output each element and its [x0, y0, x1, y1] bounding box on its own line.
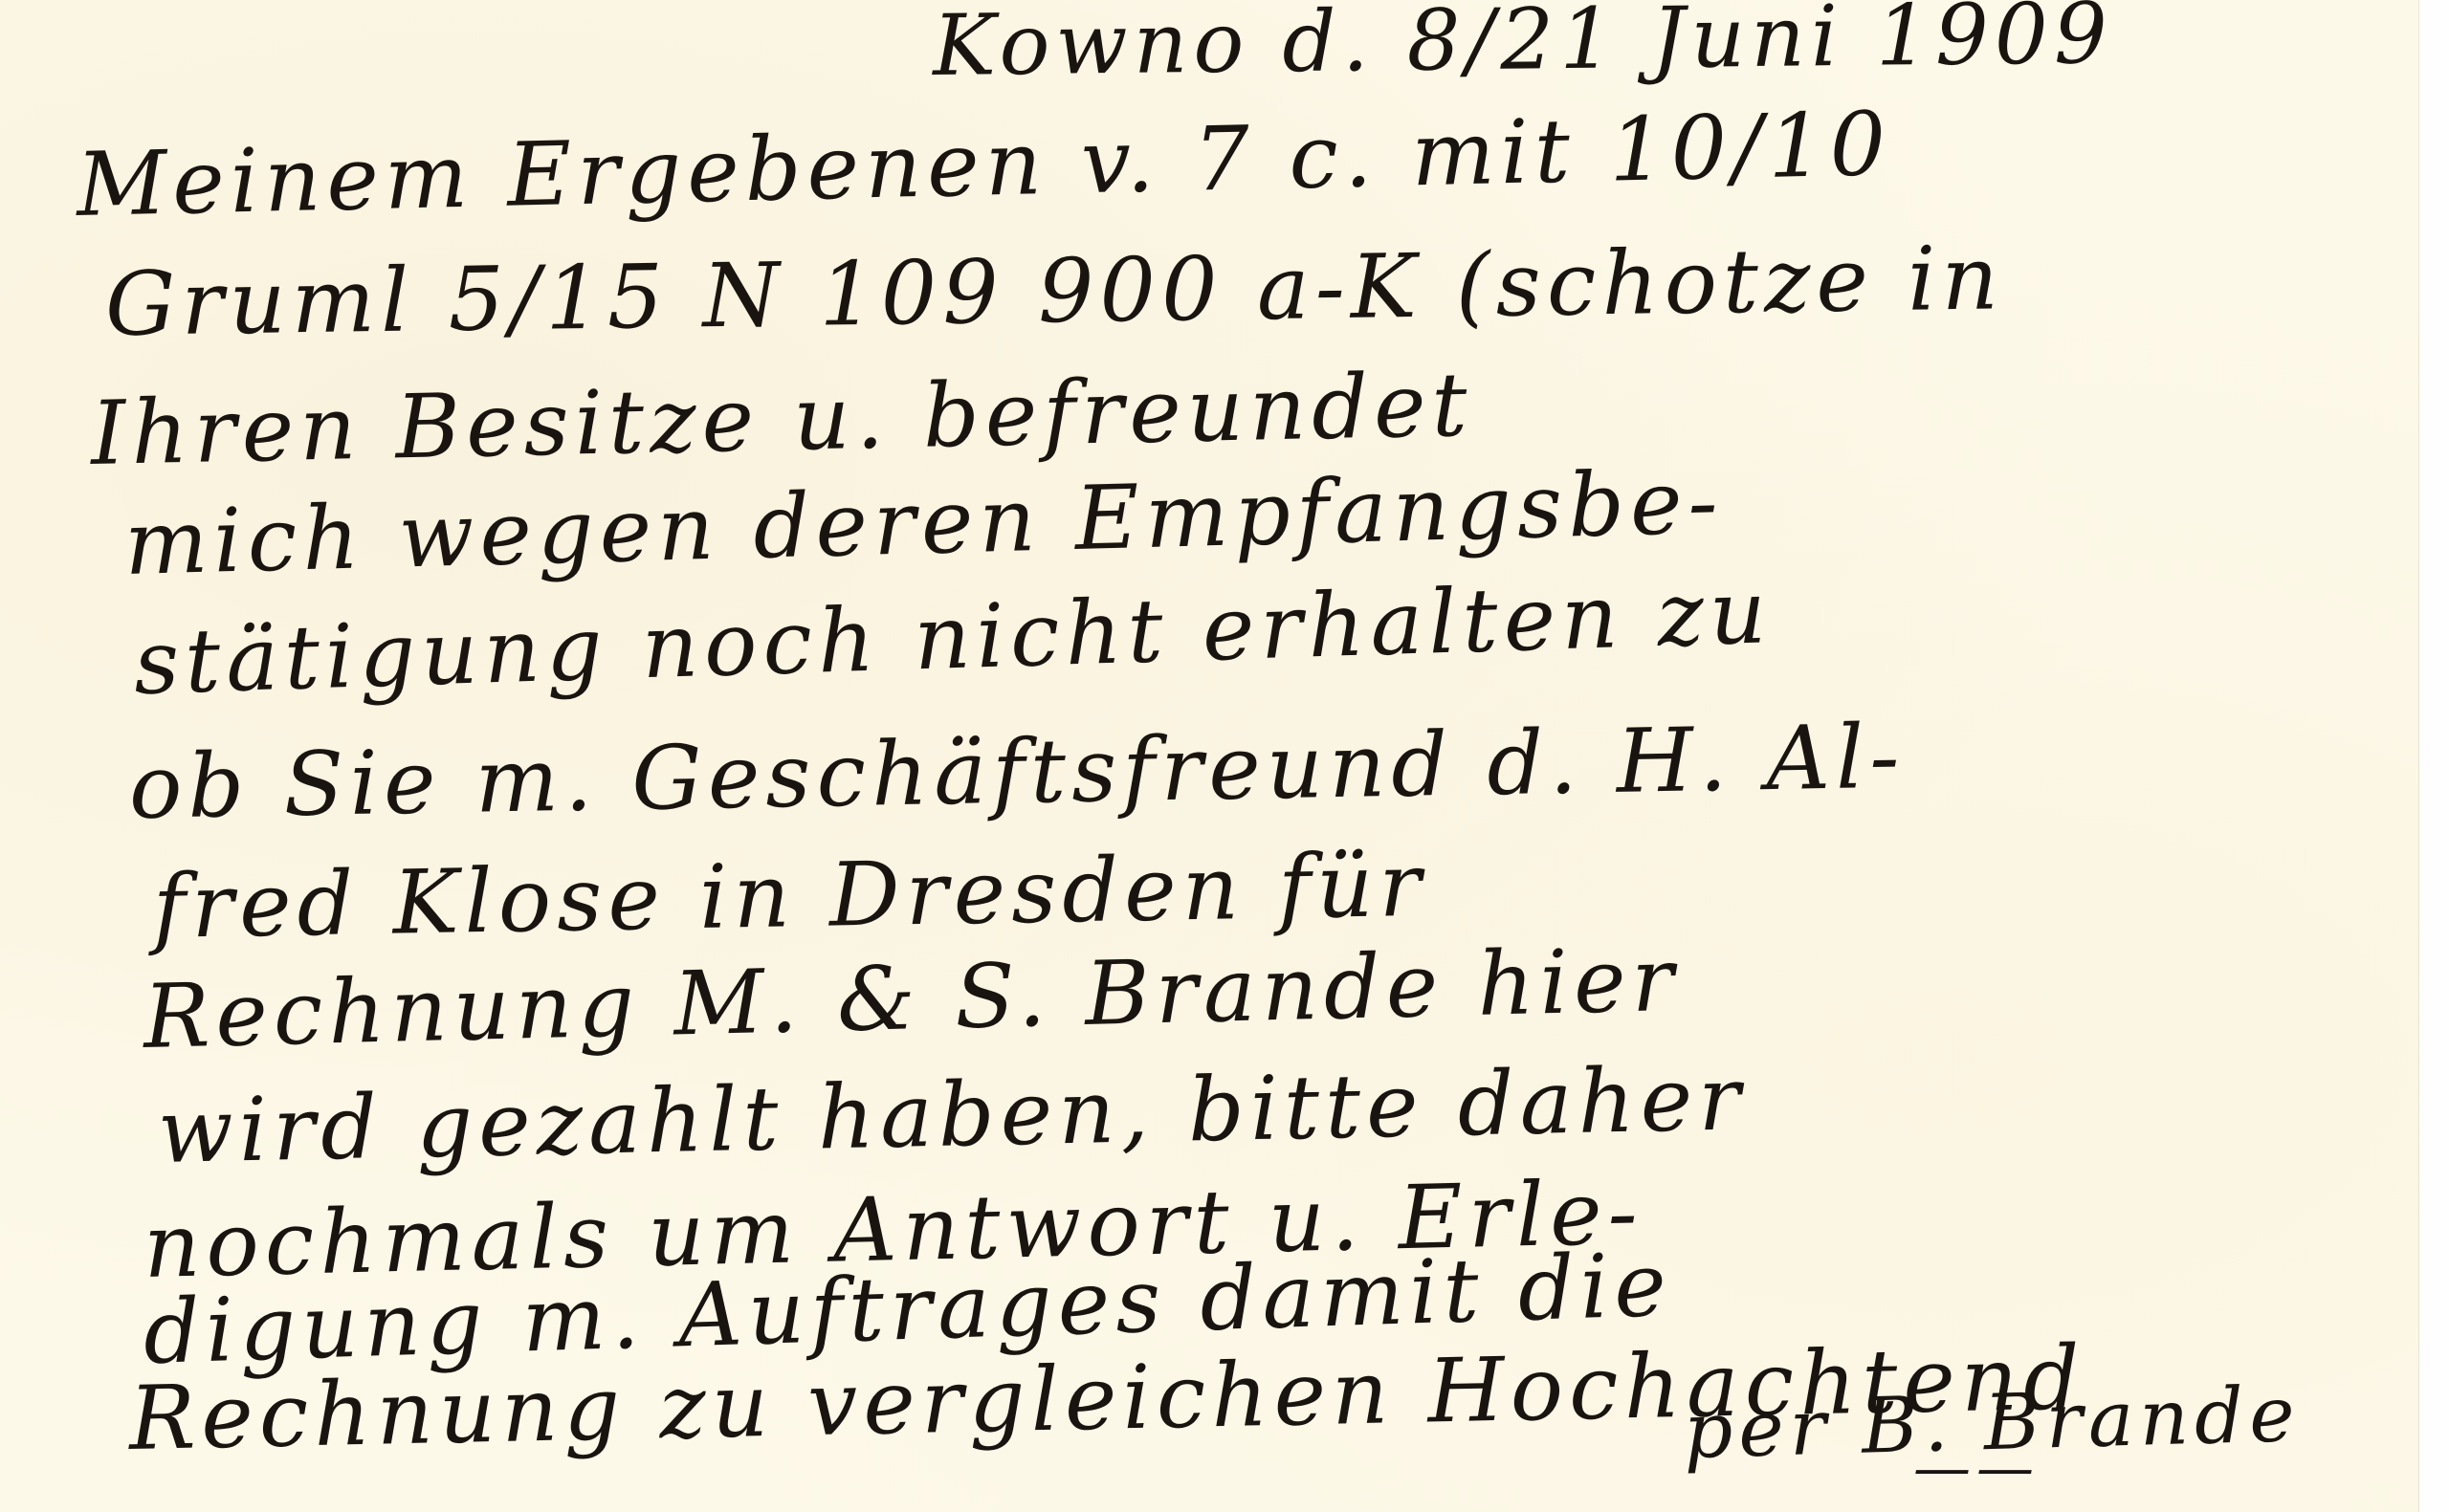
scan-border — [2419, 0, 2449, 1512]
place-date-header: Kowno d. 8/21 Juni 1909 — [932, 0, 2113, 95]
text-line-2: Gruml 5/15 N 109 900 a-K (schotze in — [104, 227, 2004, 356]
text-line-9: wird gezahlt haben, bitte daher — [157, 1047, 1747, 1183]
signature-flourish: —— — [1913, 1435, 2040, 1501]
postcard: Kowno d. 8/21 Juni 1909 Meinem Ergebenen… — [0, 0, 2419, 1512]
text-line-6: ob Sie m. Geschäftsfreund d. H. Al- — [128, 706, 1906, 839]
text-line-1: Meinem Ergebenen v. 7 c. mit 10/10 — [76, 93, 1893, 236]
